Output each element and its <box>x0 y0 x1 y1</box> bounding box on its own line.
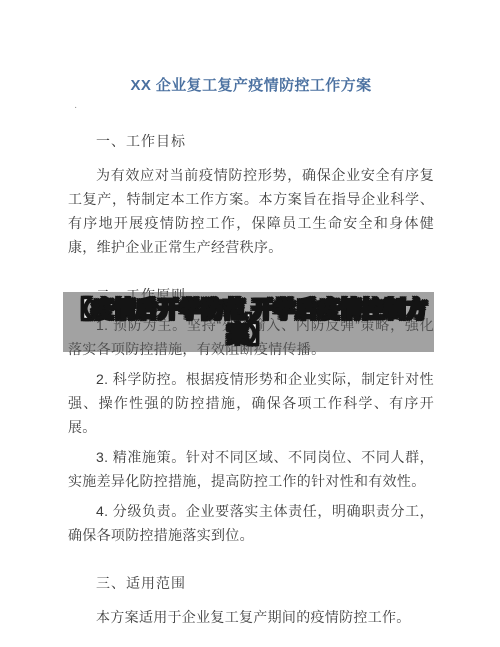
watermark-band: 【疫情后开学防范,开学后疫情控制方案】 <box>63 292 434 352</box>
document-page: XX 企业复工复产疫情防控工作方案 · 一、工作目标 为有效应对当前疫情防控形势… <box>0 0 500 647</box>
section-heading-scope: 三、适用范围 <box>68 573 434 593</box>
principle-item-3: 3. 精准施策。针对不同区域、不同岗位、不同人群，实施差异化防控措施，提高防控工… <box>68 445 434 493</box>
principle-item-4: 4. 分级负责。企业要落实主体责任，明确职责分工，确保各项防控措施落实到位。 <box>68 499 434 547</box>
section-heading-work-goals: 一、工作目标 <box>68 131 434 151</box>
scope-paragraph: 本方案适用于企业复工复产期间的疫情防控工作。 <box>68 605 434 629</box>
principle-item-2: 2. 科学防控。根据疫情形势和企业实际，制定针对性强、操作性强的防控措施，确保各… <box>68 367 434 439</box>
document-title: XX 企业复工复产疫情防控工作方案 <box>68 75 434 97</box>
watermark-text: 【疫情后开学防范,开学后疫情控制方案】 <box>65 297 432 347</box>
section-paragraph: 为有效应对当前疫情防控形势，确保企业安全有序复工复产，特制定本工作方案。本方案旨… <box>68 163 434 259</box>
stray-mark: · <box>74 105 434 111</box>
